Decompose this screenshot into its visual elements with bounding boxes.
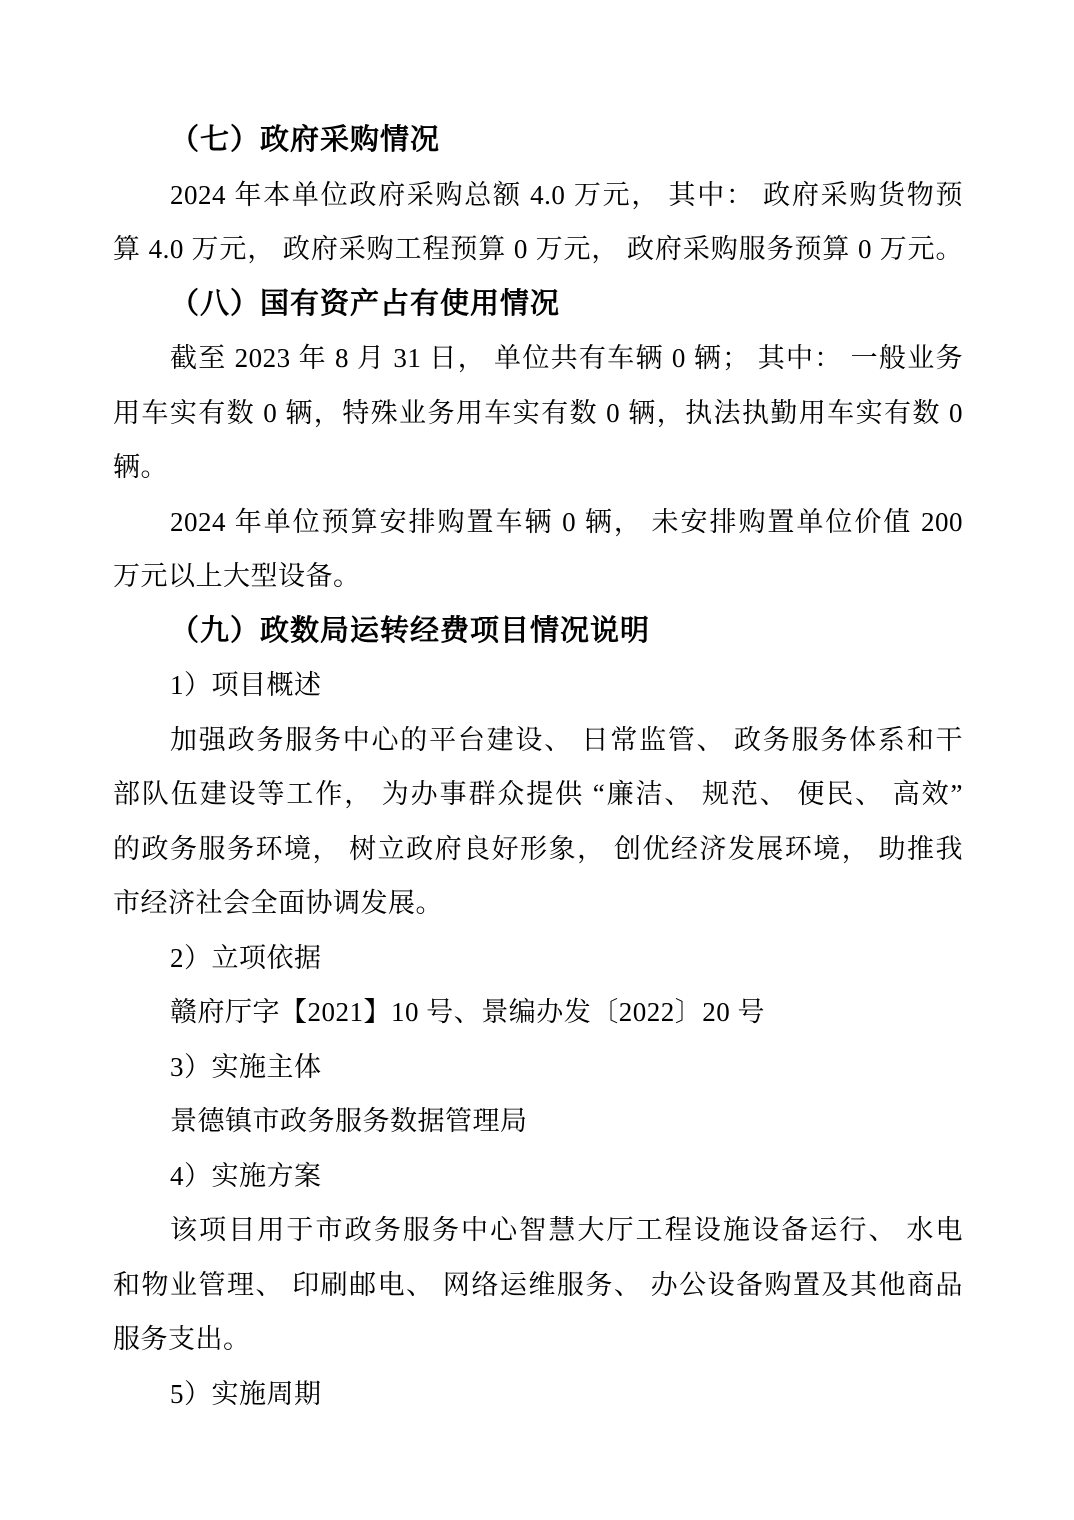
section-heading: （七）政府采购情况 [113,113,963,168]
paragraph-line: 和物业管理、 印刷邮电、 网络运维服务、 办公设备购置及其他商品 [113,1258,963,1313]
paragraph-line: 2）立项依据 [113,931,963,986]
paragraph-line: 加强政务服务中心的平台建设、 日常监管、 政务服务体系和干 [113,713,963,768]
paragraph-line: 截至 2023 年 8 月 31 日， 单位共有车辆 0 辆； 其中： 一般业务 [113,331,963,386]
paragraph-line: 部队伍建设等工作， 为办事群众提供 “廉洁、 规范、 便民、 高效” [113,767,963,822]
document-page: （七）政府采购情况2024 年本单位政府采购总额 4.0 万元， 其中： 政府采… [0,0,1074,1520]
paragraph-line: 1）项目概述 [113,658,963,713]
paragraph-line: 服务支出。 [113,1312,963,1367]
paragraph-line: 市经济社会全面协调发展。 [113,876,963,931]
paragraph-line: 5）实施周期 [113,1367,963,1422]
paragraph-line: 2024 年单位预算安排购置车辆 0 辆， 未安排购置单位价值 200 [113,495,963,550]
paragraph-line: 景德镇市政务服务数据管理局 [113,1094,963,1149]
paragraph-line: 万元以上大型设备。 [113,549,963,604]
paragraph-line: 2024 年本单位政府采购总额 4.0 万元， 其中： 政府采购货物预 [113,168,963,223]
document-content: （七）政府采购情况2024 年本单位政府采购总额 4.0 万元， 其中： 政府采… [113,113,963,1421]
paragraph-line: 的政务服务环境， 树立政府良好形象， 创优经济发展环境， 助推我 [113,822,963,877]
paragraph-line: 辆。 [113,440,963,495]
paragraph-line: 3）实施主体 [113,1040,963,1095]
paragraph-line: 用车实有数 0 辆，特殊业务用车实有数 0 辆，执法执勤用车实有数 0 [113,386,963,441]
paragraph-line: 赣府厅字【2021】10 号、景编办发〔2022〕20 号 [113,985,963,1040]
section-heading: （九）政数局运转经费项目情况说明 [113,604,963,659]
paragraph-line: 4）实施方案 [113,1149,963,1204]
section-heading: （八）国有资产占有使用情况 [113,277,963,332]
paragraph-line: 该项目用于市政务服务中心智慧大厅工程设施设备运行、 水电 [113,1203,963,1258]
paragraph-line: 算 4.0 万元， 政府采购工程预算 0 万元， 政府采购服务预算 0 万元。 [113,222,963,277]
